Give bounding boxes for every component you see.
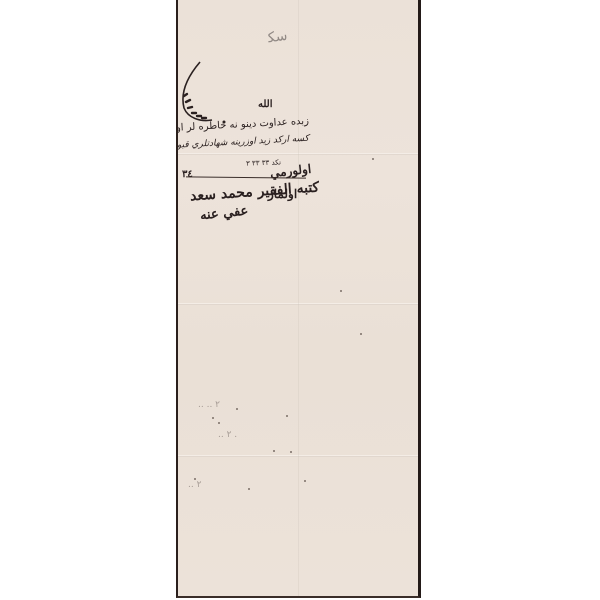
scan-canvas: ﺳﻜ الله زبده عداوت دينو نه خاطره لر اولا… <box>0 0 600 600</box>
vertical-crease <box>298 0 299 596</box>
signature-line-1: كتبه الفقير محمد سعد <box>190 181 320 204</box>
ink-speck <box>212 417 214 419</box>
top-seal-mark: ﺳﻜ <box>267 29 288 46</box>
ink-speck <box>194 478 196 480</box>
ruled-line <box>186 176 306 178</box>
faint-trace: . ٢ .. <box>218 430 237 440</box>
ink-speck <box>304 480 306 482</box>
signature-line-2: عفي عنه <box>199 205 248 223</box>
faint-trace: ٢ .. .. <box>198 400 220 410</box>
document-page: ﺳﻜ الله زبده عداوت دينو نه خاطره لر اولا… <box>176 0 421 598</box>
faint-trace: ٢ .. <box>188 480 201 490</box>
invocation-header: الله <box>258 100 273 110</box>
ink-speck <box>236 408 238 410</box>
ink-speck <box>372 158 374 160</box>
margin-mark: ٣٤ <box>182 170 193 180</box>
ink-speck <box>340 290 342 292</box>
ink-speck <box>218 422 220 424</box>
ink-speck <box>248 488 250 490</box>
ink-speck <box>290 451 292 453</box>
ink-speck <box>286 415 288 417</box>
ink-speck <box>360 333 362 335</box>
text-line-2: كسه اركد زيد اوزرينه شهادتلري قبول <box>184 135 309 151</box>
ink-speck <box>273 450 275 452</box>
